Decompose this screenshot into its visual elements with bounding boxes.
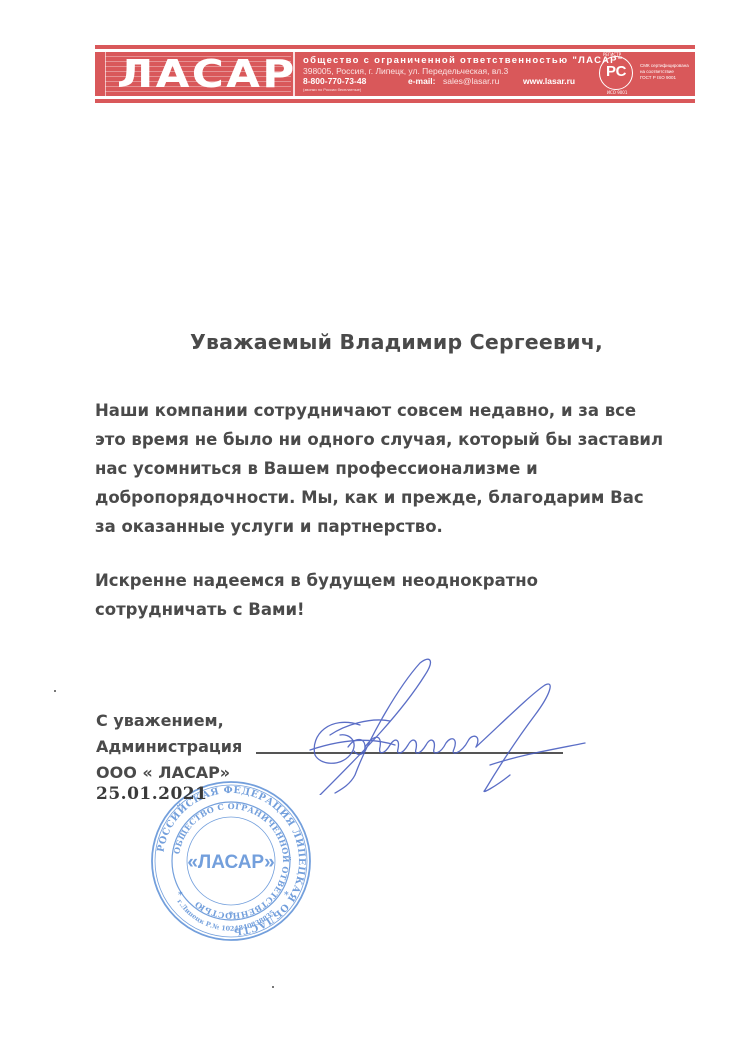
company-email: sales@lasar.ru (443, 76, 499, 87)
logo-text: ЛАСАР (117, 54, 297, 94)
letter-closing: Искренне надеемся в будущем неоднократно… (95, 566, 655, 624)
body-line: добропорядочности. Мы, как и прежде, бла… (95, 483, 655, 512)
body-line: нас усомниться в Вашем профессионализме … (95, 454, 655, 483)
letter-greeting: Уважаемый Владимир Сергеевич, (190, 330, 603, 354)
closing-line: сотрудничать с Вами! (95, 595, 655, 624)
letterhead-top-band (95, 45, 695, 49)
logo-stripe-edge (105, 52, 106, 96)
company-legal-name: общество с ограниченной ответственностью… (303, 55, 603, 66)
signoff-regards: С уважением, (96, 708, 242, 734)
cert-text-line: ГОСТ Р ISO 9001 (640, 75, 695, 81)
letter-body: Наши компании сотрудничают совсем недавн… (95, 396, 655, 541)
contact-row: 8-800-770-73-48 e-mail: sales@lasar.ru w… (303, 76, 603, 87)
scan-speck (54, 690, 56, 692)
signoff-block: С уважением, Администрация ООО « ЛАСАР» (96, 708, 242, 786)
scan-speck (272, 986, 274, 988)
svg-text:*: * (229, 911, 234, 921)
company-logo: ЛАСАР (95, 52, 293, 96)
body-line: это время не было ни одного случая, кото… (95, 425, 655, 454)
stamp-center-text: «ЛАСАР» (187, 852, 274, 873)
letterhead-main-band: ЛАСАР общество с ограниченной ответствен… (95, 52, 695, 96)
certification-mark-icon: РЕГИСТР РС ИСО 9001 (595, 52, 639, 96)
svg-text:*: * (284, 891, 289, 901)
signoff-department: Администрация (96, 734, 242, 760)
email-label: e-mail: (408, 76, 435, 87)
handwritten-signature-icon (250, 655, 590, 795)
svg-text:*: * (178, 891, 183, 901)
cert-mark: РС (606, 63, 626, 81)
letterhead-divider (293, 52, 295, 96)
certification-text: СМК сертифицирована на соответствие ГОСТ… (640, 63, 695, 81)
closing-line: Искренне надеемся в будущем неоднократно (95, 566, 655, 595)
company-phone: 8-800-770-73-48 (303, 76, 366, 87)
cert-bottom-text: ИСО 9001 (607, 90, 627, 95)
body-line: Наши компании сотрудничают совсем недавн… (95, 396, 655, 425)
body-line: за оказанные услуги и партнерство. (95, 512, 655, 541)
letter-date: 25.01.2021 (96, 784, 207, 804)
company-info: общество с ограниченной ответственностью… (303, 55, 603, 92)
company-address: 398005, Россия, г. Липецк, ул. Передельч… (303, 66, 603, 76)
phone-note: (звонки по России бесплатные) (303, 87, 603, 92)
company-website: www.lasar.ru (523, 76, 575, 87)
letterhead-bottom-band (95, 99, 695, 103)
letterhead: ЛАСАР общество с ограниченной ответствен… (95, 45, 695, 103)
